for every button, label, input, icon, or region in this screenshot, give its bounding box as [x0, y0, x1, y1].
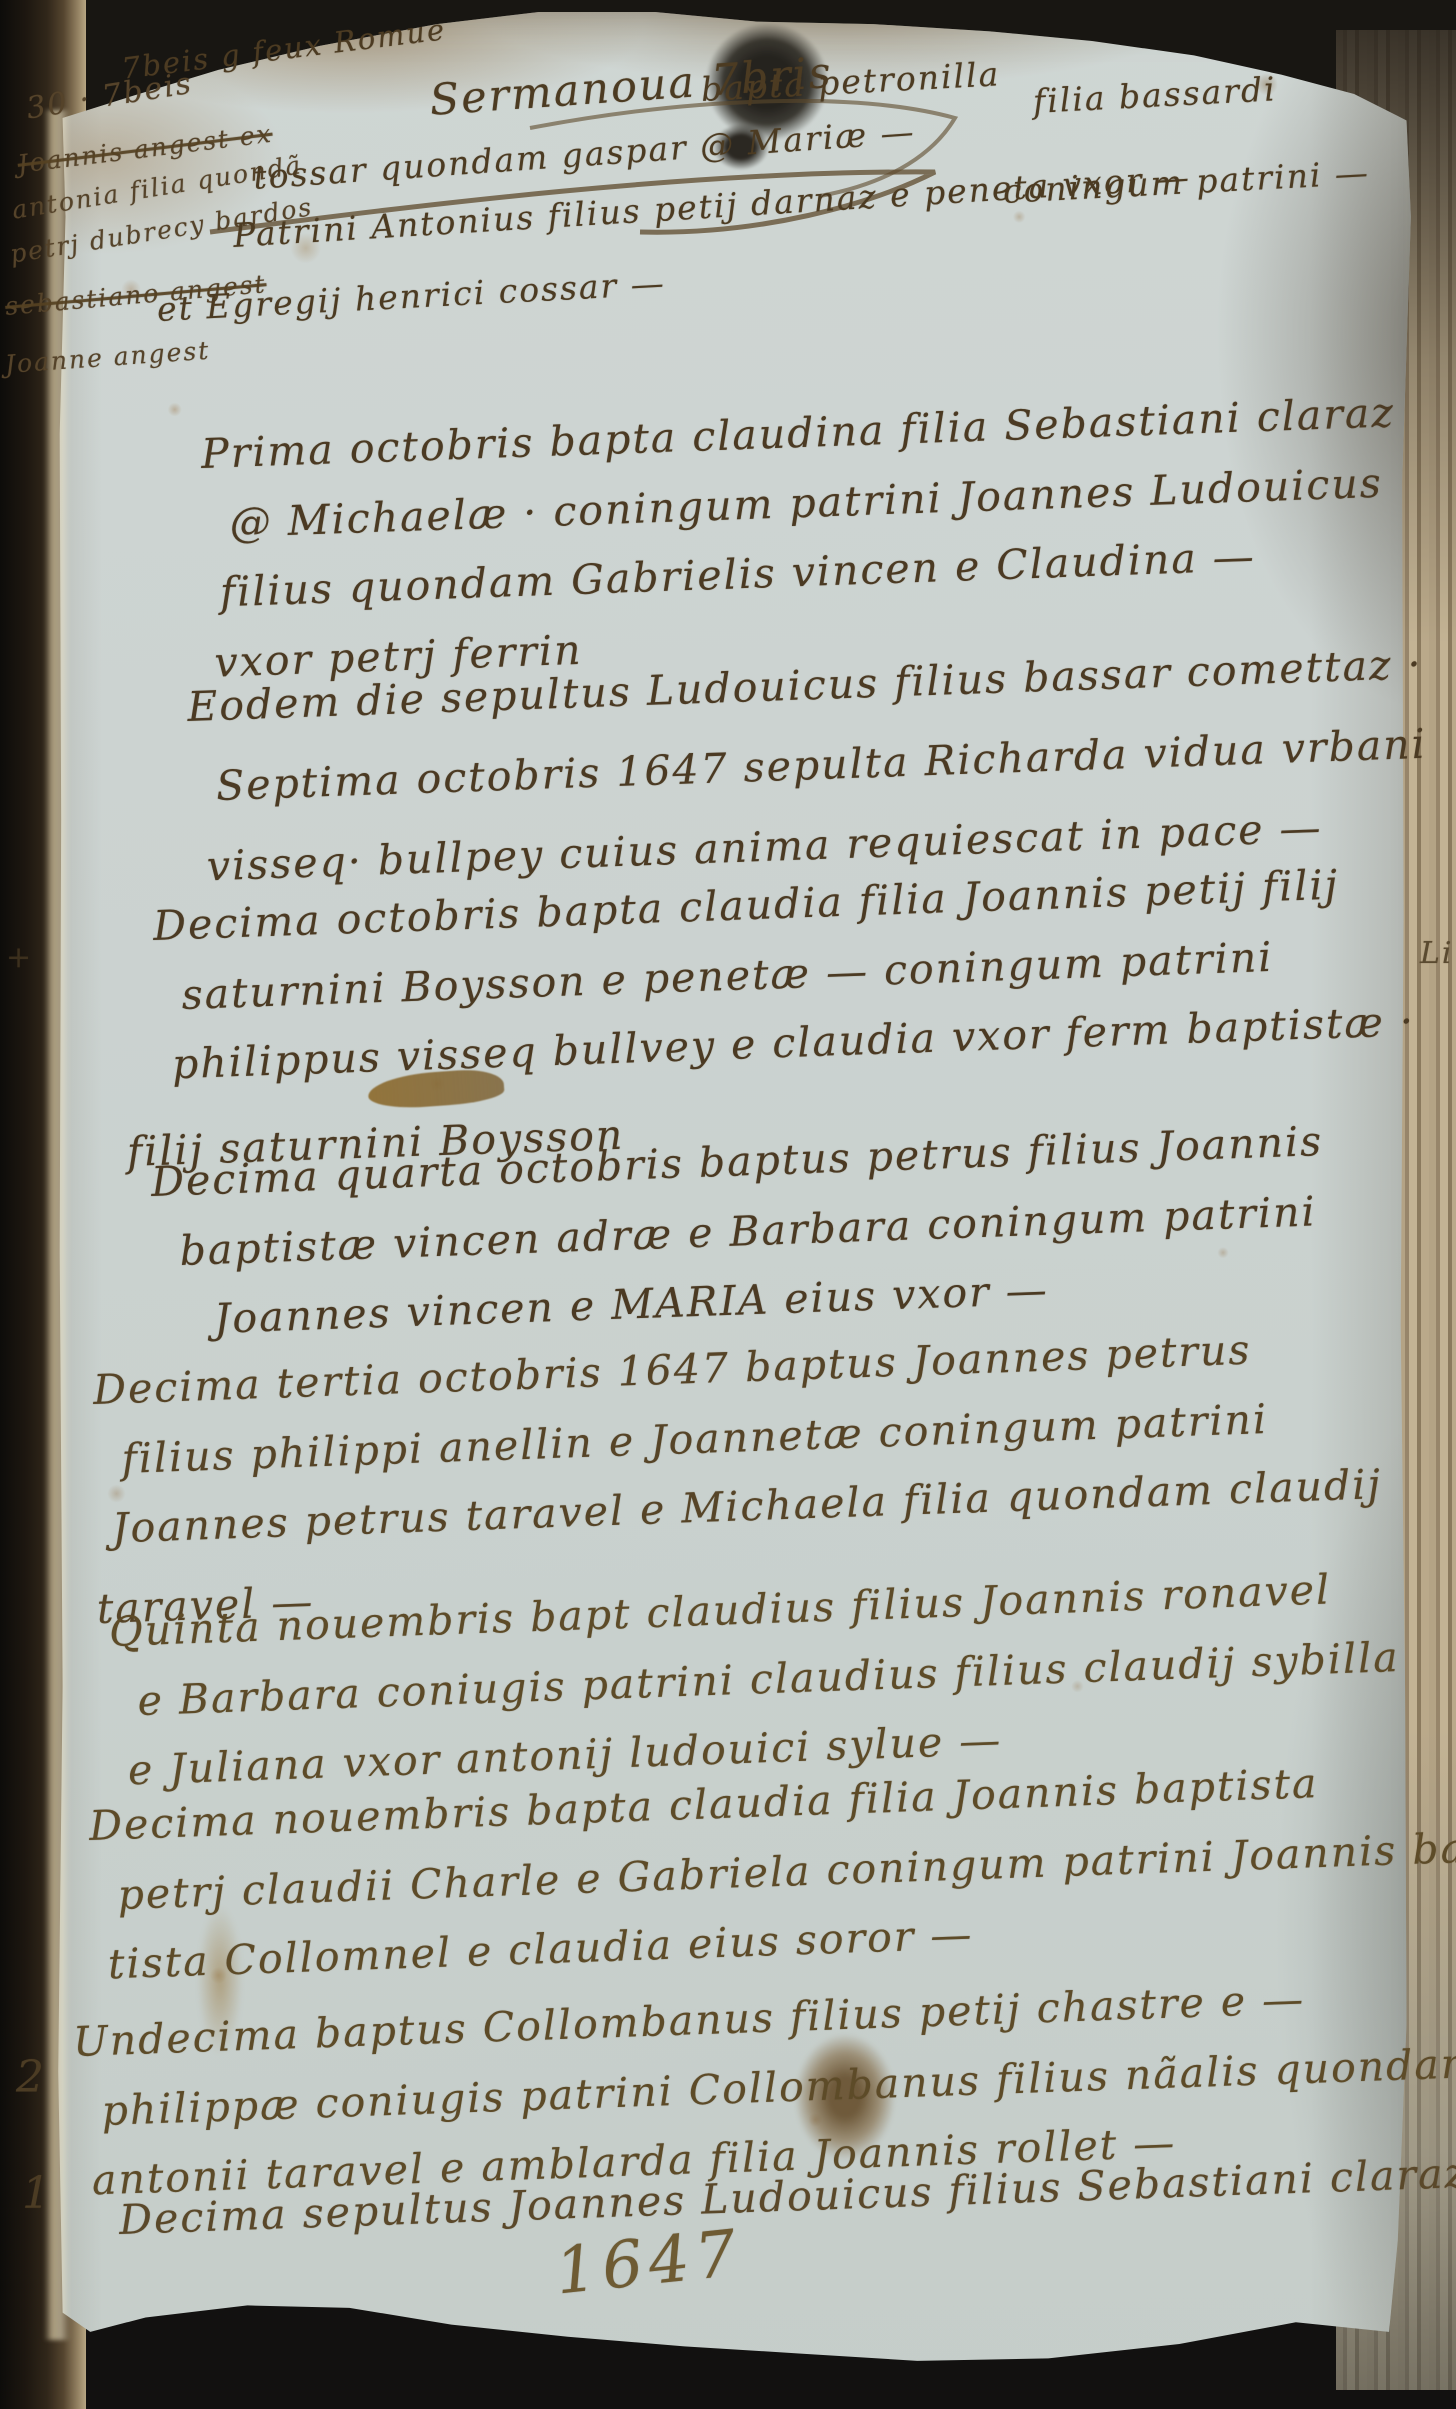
edge-bleed-text: Li: [1420, 936, 1454, 971]
manuscript-scan: 30 · 7beis Joannis angest ex antonia fil…: [0, 0, 1456, 2409]
margin-cross-mark: +: [6, 940, 33, 975]
margin-number-1: 1: [22, 2168, 52, 2219]
page-fold-highlight: [44, 110, 70, 2340]
margin-number-2: 2: [16, 2052, 46, 2103]
